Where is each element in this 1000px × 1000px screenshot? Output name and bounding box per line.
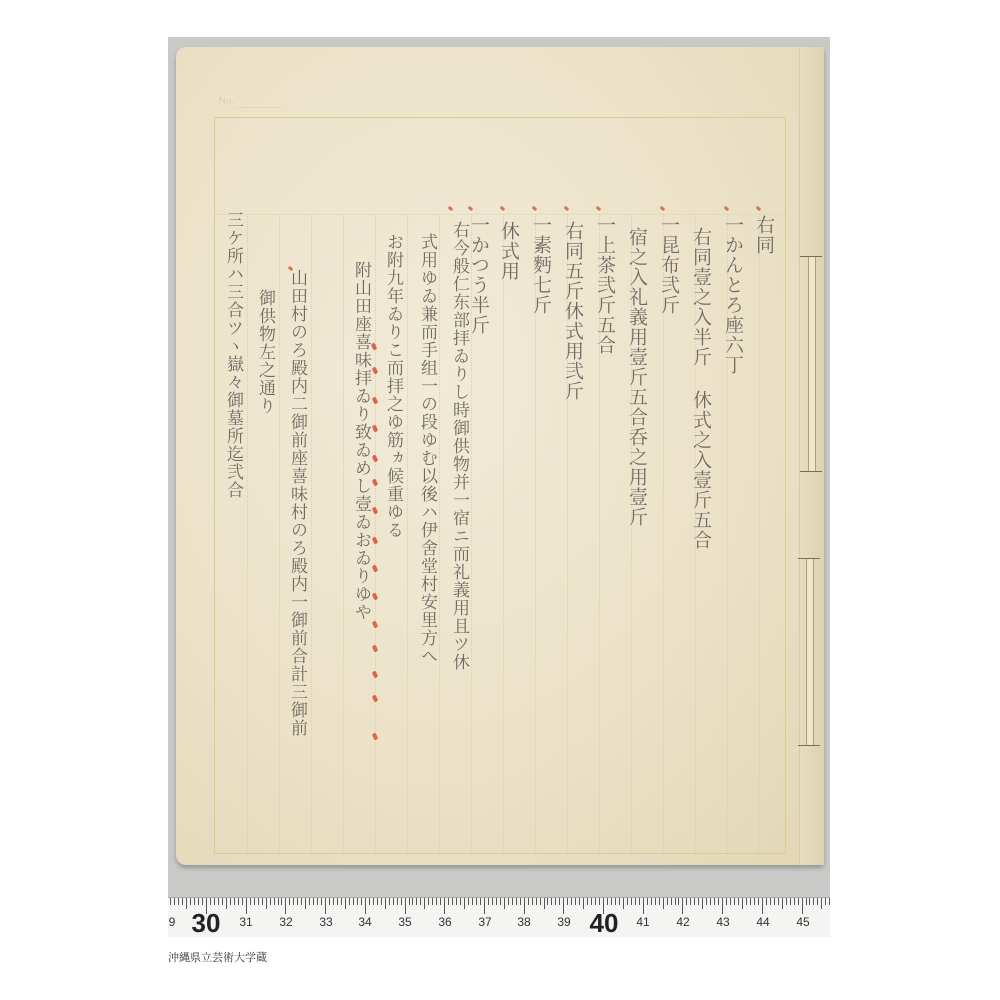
rule-line [503, 214, 504, 853]
ruler-tick [686, 898, 687, 905]
ruler-tick [631, 898, 632, 905]
ruler-tick [460, 898, 461, 905]
ruler-tick [786, 898, 787, 905]
ruler-tick [448, 898, 449, 905]
ruler-tick [667, 898, 668, 905]
ruler-tick [726, 898, 727, 905]
text-column: 一かんとろ𫝶六丁 [722, 215, 744, 375]
ruler-tick [643, 898, 644, 914]
ruler-tick [794, 898, 795, 905]
ruler-label-major: 30 [192, 908, 221, 937]
ruler-label-major: 40 [590, 908, 619, 937]
ruler-tick [635, 898, 636, 905]
text-column: 右今般仁东部拝ゐりし時御供物并一宿ニ而礼義用且ツ休 [448, 221, 470, 671]
ruler-tick [488, 898, 489, 905]
text-column: 一素麪七斤 [530, 215, 552, 315]
rule-line [759, 214, 760, 853]
ruler-label: 44 [756, 915, 769, 929]
ruler-label: 35 [398, 915, 411, 929]
ruler-tick [690, 898, 691, 905]
text-column: 三ケ所ハ三合ツヽ嶽々御墓所迄弐合 [222, 211, 244, 499]
ruler-tick [702, 898, 703, 909]
ruler-tick [770, 898, 771, 905]
ruler-tick [766, 898, 767, 905]
ruler-tick [305, 898, 306, 909]
ruler-tick [297, 898, 298, 905]
ruler-tick [186, 898, 187, 909]
ruler-tick [210, 898, 211, 905]
ruler-tick [198, 898, 199, 905]
ruler-tick [309, 898, 310, 905]
ruler-tick [595, 898, 596, 905]
ruler-tick [579, 898, 580, 905]
ruler-tick [468, 898, 469, 905]
ruler-tick [222, 898, 223, 905]
ruler-tick [730, 898, 731, 905]
rule-line [375, 214, 376, 853]
ruler-tick [678, 898, 679, 905]
text-column: 宿之入礼義用壹斤五合呑之用壹斤 [626, 227, 648, 527]
ruler-tick [262, 898, 263, 905]
ruler-tick [516, 898, 517, 905]
ruler-tick [575, 898, 576, 905]
ruler-tick [750, 898, 751, 905]
ruler-tick [762, 898, 763, 914]
collection-credit: 沖縄県立芸術大学蔵 [168, 949, 267, 965]
ruler-label: 37 [478, 915, 491, 929]
ruler-tick [583, 898, 584, 909]
ruler-tick [293, 898, 294, 905]
ruler-tick [444, 898, 445, 914]
ruler-tick [563, 898, 564, 914]
ruler-tick [829, 898, 830, 905]
ruler-tick [813, 898, 814, 905]
ruler-tick [258, 898, 259, 905]
ruler-tick [389, 898, 390, 905]
ruler-tick [508, 898, 509, 905]
ruler-label: 9 [169, 915, 176, 929]
ruler-tick [266, 898, 267, 909]
ruler-tick [281, 898, 282, 905]
ruler-tick [540, 898, 541, 905]
text-column: 一昆布弐斤 [658, 215, 680, 315]
ruler-tick [349, 898, 350, 905]
ruler-tick [424, 898, 425, 909]
ruler-tick [754, 898, 755, 905]
page-number-label: No. [218, 95, 234, 107]
ruler-tick [170, 898, 171, 905]
ruler-tick [432, 898, 433, 905]
ruler-label: 38 [517, 915, 530, 929]
notebook-page: No. 右同 一かんとろ𫝶六丁 右同壹之入半斤 休式之入壹斤五合 一昆布弐斤 宿… [176, 47, 824, 865]
ruler-tick [337, 898, 338, 905]
ruler-tick [599, 898, 600, 905]
ruler-tick [484, 898, 485, 914]
ruler-tick [182, 898, 183, 905]
ruler-tick [226, 898, 227, 909]
ruler-tick [651, 898, 652, 905]
ruler-tick [718, 898, 719, 905]
ruler-tick [802, 898, 803, 914]
ruler-tick [659, 898, 660, 905]
ruler-tick [480, 898, 481, 905]
ruler-tick [547, 898, 548, 905]
ruler-tick [242, 898, 243, 905]
ruler-tick [806, 898, 807, 905]
ruler-tick [774, 898, 775, 905]
ruler-tick [591, 898, 592, 905]
ruler-tick [544, 898, 545, 909]
ruler-tick [746, 898, 747, 905]
ruler-tick [377, 898, 378, 905]
ruler-tick [655, 898, 656, 905]
ruler-tick [317, 898, 318, 905]
ruler-tick [321, 898, 322, 905]
ruler-tick [401, 898, 402, 905]
ruler-tick [325, 898, 326, 914]
ruler-tick [230, 898, 231, 905]
ruler-tick [214, 898, 215, 905]
ruler-tick [329, 898, 330, 905]
ruler-tick [607, 898, 608, 905]
ruler-label: 32 [279, 915, 292, 929]
ruler-tick [790, 898, 791, 905]
ruler-tick [234, 898, 235, 905]
ruler-tick [416, 898, 417, 905]
text-column: 山田村のろ殿内二御前座喜味村のろ殿内一御前合計三御前 [286, 269, 308, 737]
ruler-tick [218, 898, 219, 905]
ruler-tick [202, 898, 203, 905]
ruler-tick [682, 898, 683, 914]
rule-line [343, 214, 344, 853]
ruler-tick [420, 898, 421, 905]
ruler-tick [742, 898, 743, 909]
ruler-tick [472, 898, 473, 905]
ruler-tick [675, 898, 676, 905]
ruler-label: 41 [636, 915, 649, 929]
rule-line [279, 214, 280, 853]
ruler-tick [381, 898, 382, 905]
ruler-tick [301, 898, 302, 905]
ruler-tick [714, 898, 715, 905]
ruler-tick [397, 898, 398, 905]
ruler-tick [821, 898, 822, 909]
ruler-tick [798, 898, 799, 905]
ruler-tick [238, 898, 239, 905]
ruler-tick [778, 898, 779, 905]
binding-thread [806, 559, 814, 745]
ruler-tick [476, 898, 477, 905]
ruler-tick [313, 898, 314, 905]
ruler-tick [492, 898, 493, 905]
ruler-tick [353, 898, 354, 905]
ruler-tick [698, 898, 699, 905]
ruler-tick [647, 898, 648, 905]
ruler-label: 33 [319, 915, 332, 929]
ruler-tick [520, 898, 521, 905]
ruler-label: 34 [358, 915, 371, 929]
ruler-tick [385, 898, 386, 909]
ruler-tick [639, 898, 640, 905]
ruler-tick [190, 898, 191, 905]
binding-knot [800, 256, 822, 257]
ruler-tick [452, 898, 453, 905]
ruler-tick [409, 898, 410, 905]
ruler-tick [551, 898, 552, 905]
ruler-tick [289, 898, 290, 905]
ruler-tick [361, 898, 362, 905]
text-column: 附山田座喜味拝ゐり致ゐめし壹ゐおゐりゆや [350, 261, 372, 621]
ruler-tick [274, 898, 275, 905]
ruler-label: 31 [239, 915, 252, 929]
ruler-label: 43 [716, 915, 729, 929]
ruler-tick [341, 898, 342, 905]
ruler-tick [464, 898, 465, 909]
ruler-tick [440, 898, 441, 905]
ruler-tick [706, 898, 707, 905]
ruler-tick [270, 898, 271, 905]
ruler-tick [734, 898, 735, 905]
ruler-tick [405, 898, 406, 914]
rule-line [439, 214, 440, 853]
ruler-tick [694, 898, 695, 905]
ruler-tick [782, 898, 783, 909]
ruler-tick [710, 898, 711, 905]
text-column: 右同五斤休式用弐斤 [562, 221, 584, 401]
ruler-tick [412, 898, 413, 905]
ruler-tick [567, 898, 568, 905]
ruler-tick [365, 898, 366, 914]
ruler-tick [174, 898, 175, 905]
ruler-tick [250, 898, 251, 905]
ruler-tick [456, 898, 457, 905]
ruler-tick [357, 898, 358, 905]
ruler-tick [671, 898, 672, 905]
ruler-tick [758, 898, 759, 905]
ruler-label: 36 [438, 915, 451, 929]
ruler-tick [524, 898, 525, 914]
ruler-tick [345, 898, 346, 909]
ruler-tick [369, 898, 370, 905]
rule-line [311, 214, 312, 853]
ruler-tick [559, 898, 560, 905]
ruler-tick [194, 898, 195, 905]
ruler-tick [817, 898, 818, 905]
ruler-tick [373, 898, 374, 905]
rule-line [247, 214, 248, 853]
ruler-tick [428, 898, 429, 905]
ruler-tick [333, 898, 334, 905]
ruler-tick [436, 898, 437, 905]
ruler-tick [254, 898, 255, 905]
ruler-tick [623, 898, 624, 909]
rule-line [407, 214, 408, 853]
ruler-tick [246, 898, 247, 914]
ruler-tick [532, 898, 533, 905]
ruler-tick [528, 898, 529, 905]
ruler-tick [571, 898, 572, 905]
ruler-tick [536, 898, 537, 905]
ruler-tick [825, 898, 826, 905]
page-number-blank [236, 107, 281, 108]
ruler-tick [278, 898, 279, 905]
ruler-label: 42 [676, 915, 689, 929]
ruler-tick [627, 898, 628, 905]
ruler-tick [504, 898, 505, 909]
text-column: 右同 [753, 215, 775, 255]
ruler-tick [663, 898, 664, 909]
text-column: 一上茶弐斤五合 [594, 215, 616, 355]
text-column: 式用ゆゐ兼而手组一の段ゆむ以後ハ伊舍堂村安里方へ [416, 233, 438, 665]
ruler-tick [587, 898, 588, 905]
binding-knot [800, 471, 822, 472]
binding-knot [798, 558, 820, 559]
ruler-tick [393, 898, 394, 905]
measuring-ruler: 9 30 31 32 33 34 35 36 37 38 39 40 41 42… [168, 898, 830, 937]
text-column: 一かつう半斤 [468, 215, 490, 335]
binding-thread [808, 257, 816, 471]
ruler-label: 45 [796, 915, 809, 929]
ruler-tick [500, 898, 501, 905]
ruler-tick [512, 898, 513, 905]
binding-knot [798, 745, 820, 746]
ruler-tick [615, 898, 616, 905]
ruler-label: 39 [557, 915, 570, 929]
ruler-tick [178, 898, 179, 905]
text-column: お附九年ゐりこ而拝之ゆ筋ヵ候重ゆる [382, 233, 404, 539]
ruler-tick [611, 898, 612, 905]
ruler-tick [619, 898, 620, 905]
text-column: 休式用 [498, 221, 520, 281]
text-column: 右同壹之入半斤 休式之入壹斤五合 [690, 227, 712, 550]
ruler-tick [738, 898, 739, 905]
ruler-tick [722, 898, 723, 914]
text-column: 御供物左之通り [254, 289, 276, 415]
ruler-tick [285, 898, 286, 914]
ruler-tick [809, 898, 810, 905]
ruler-tick [496, 898, 497, 905]
ruler-tick [555, 898, 556, 905]
